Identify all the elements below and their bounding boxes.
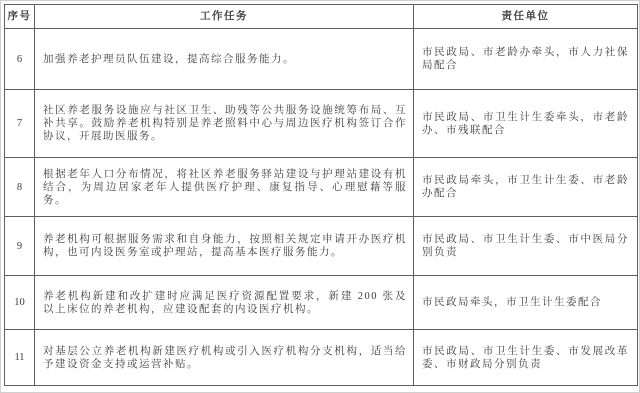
header-cell-unit: 责任单位 xyxy=(414,5,638,29)
task-text: 根据老年人口分布情况，将社区养老服务驿站建设与护理站建设有机结合，为周边居家老年… xyxy=(35,158,414,217)
unit-text: 市民政局、市卫生计生委、市中医局分别负责 xyxy=(414,217,638,276)
task-text: 养老机构可根据服务需求和自身能力，按照相关规定申请开办医疗机构，也可内设医务室或… xyxy=(35,217,414,276)
header-cell-number: 序号 xyxy=(5,5,35,29)
row-number: 7 xyxy=(5,90,35,158)
unit-text: 市民政局、市老龄办牵头，市人力社保局配合 xyxy=(414,29,638,90)
row-number: 9 xyxy=(5,217,35,276)
table-header-row: 序号 工作任务 责任单位 xyxy=(5,5,638,29)
task-text: 对基层公立养老机构新建医疗机构或引入医疗机构分支机构，适当给予建设资金支持或运营… xyxy=(35,330,414,386)
unit-text: 市民政局牵头，市卫生计生委配合 xyxy=(414,276,638,330)
unit-text: 市民政局牵头，市卫生计生委、市老龄办配合 xyxy=(414,158,638,217)
header-cell-task: 工作任务 xyxy=(35,5,414,29)
unit-text: 市民政局、市卫生计生委、市发展改革委、市财政局分别负责 xyxy=(414,330,638,386)
work-task-table: 序号 工作任务 责任单位 6 加强养老护理员队伍建设，提高综合服务能力。 市民政… xyxy=(4,4,638,386)
table-row: 6 加强养老护理员队伍建设，提高综合服务能力。 市民政局、市老龄办牵头，市人力社… xyxy=(5,29,638,90)
row-number: 11 xyxy=(5,330,35,386)
row-number: 8 xyxy=(5,158,35,217)
table-row: 8 根据老年人口分布情况，将社区养老服务驿站建设与护理站建设有机结合，为周边居家… xyxy=(5,158,638,217)
task-text: 养老机构新建和改扩建时应满足医疗资源配置要求，新建 200 张及以上床位的养老机… xyxy=(35,276,414,330)
table-row: 11 对基层公立养老机构新建医疗机构或引入医疗机构分支机构，适当给予建设资金支持… xyxy=(5,330,638,386)
table-row: 7 社区养老服务设施应与社区卫生、助残等公共服务设施统筹布局、互补共享。鼓励养老… xyxy=(5,90,638,158)
unit-text: 市民政局、市卫生计生委牵头，市老龄办、市残联配合 xyxy=(414,90,638,158)
table-row: 9 养老机构可根据服务需求和自身能力，按照相关规定申请开办医疗机构，也可内设医务… xyxy=(5,217,638,276)
document-page: 序号 工作任务 责任单位 6 加强养老护理员队伍建设，提高综合服务能力。 市民政… xyxy=(0,0,640,393)
row-number: 6 xyxy=(5,29,35,90)
task-text: 加强养老护理员队伍建设，提高综合服务能力。 xyxy=(35,29,414,90)
row-number: 10 xyxy=(5,276,35,330)
task-text: 社区养老服务设施应与社区卫生、助残等公共服务设施统筹布局、互补共享。鼓励养老机构… xyxy=(35,90,414,158)
table-row: 10 养老机构新建和改扩建时应满足医疗资源配置要求，新建 200 张及以上床位的… xyxy=(5,276,638,330)
